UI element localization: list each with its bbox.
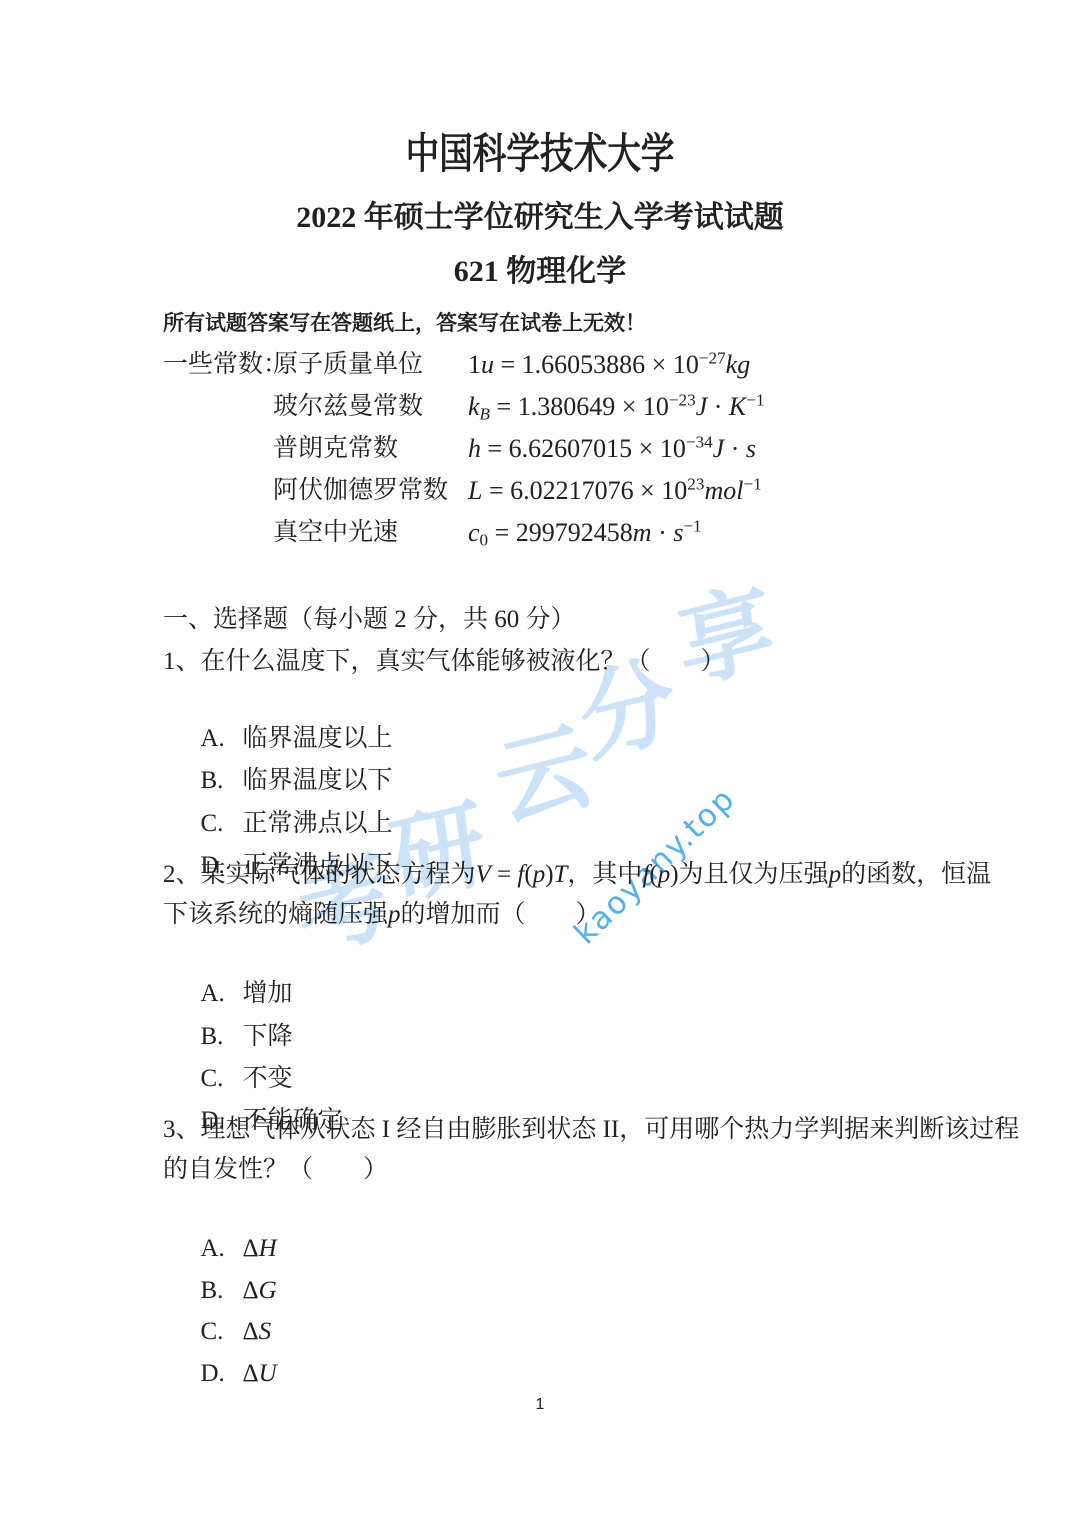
- constant-formula: c0 = 299792458m · s−1: [468, 516, 702, 550]
- constant-formula: L = 6.02217076 × 1023mol−1: [468, 474, 762, 508]
- option-label: D.: [201, 1357, 243, 1391]
- question-1-text: 1、在什么温度下，真实气体能够被液化？（ ）: [163, 645, 726, 679]
- page-content: 中国科学技术大学 2022 年硕士学位研究生入学考试试题 621 物理化学 所有…: [0, 0, 1080, 1528]
- section-heading: 一、选择题（每小题 2 分，共 60 分）: [163, 603, 576, 637]
- exam-title: 2022 年硕士学位研究生入学考试试题: [0, 198, 1080, 238]
- page-number: 1: [0, 1395, 1080, 1415]
- constant-formula: h = 6.62607015 × 10−34J · s: [468, 432, 756, 466]
- constant-formula: 1u = 1.66053886 × 10−27kg: [468, 348, 750, 382]
- constant-label: 普朗克常数: [273, 432, 398, 466]
- constant-row: 真空中光速 c0 = 299792458m · s−1: [163, 516, 923, 550]
- constant-label: 玻尔兹曼常数: [273, 390, 423, 424]
- constant-label: 阿伏伽德罗常数: [273, 474, 448, 508]
- subject-title: 621 物理化学: [0, 252, 1080, 292]
- question-2-text-line-1: 2、某实际气体的状态方程为V = f(p)T，其中f(p)为且仅为压强p的函数，…: [163, 858, 991, 892]
- constant-formula: kB = 1.380649 × 10−23J · K−1: [468, 390, 765, 424]
- constant-label: 真空中光速: [273, 516, 398, 550]
- question-3-text-line-1: 3、理想气体从状态 I 经自由膨胀到状态 II，可用哪个热力学判据来判断该过程: [163, 1113, 1019, 1147]
- answer-sheet-notice: 所有试题答案写在答题纸上，答案写在试卷上无效！: [163, 309, 646, 339]
- constant-row: 普朗克常数 h = 6.62607015 × 10−34J · s: [163, 432, 923, 466]
- constants-intro: 一些常数：: [163, 348, 288, 382]
- constant-row: 阿伏伽德罗常数 L = 6.02217076 × 1023mol−1: [163, 474, 923, 508]
- constant-row: 玻尔兹曼常数 kB = 1.380649 × 10−23J · K−1: [163, 390, 923, 424]
- constant-label: 原子质量单位: [273, 348, 423, 382]
- question-3-text-line-2: 的自发性？（ ）: [163, 1153, 388, 1187]
- question-2-text-line-2: 下该系统的熵随压强p的增加而（ ）: [163, 898, 601, 932]
- constant-row: 一些常数： 原子质量单位 1u = 1.66053886 × 10−27kg: [163, 348, 923, 382]
- university-title: 中国科学技术大学: [108, 131, 972, 179]
- option-text: ΔU: [243, 1360, 277, 1387]
- exam-page: 考 研 云 分 享 kaoyany.top 中国科学技术大学 2022 年硕士学…: [0, 0, 1080, 1528]
